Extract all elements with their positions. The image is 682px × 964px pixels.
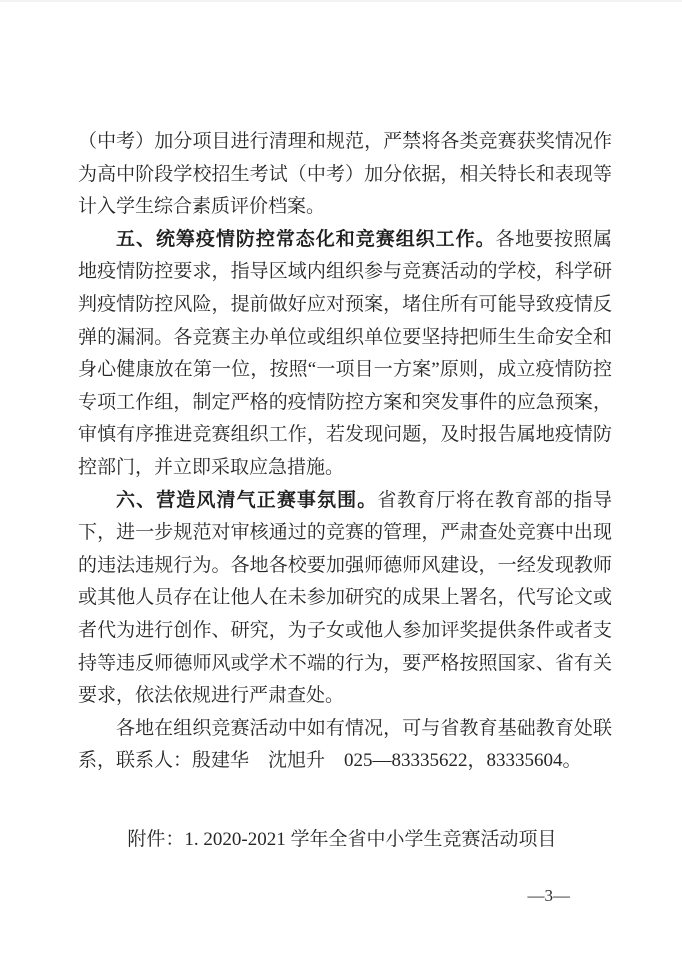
paragraph-continuation: （中考）加分项目进行清理和规范，严禁将各类竞赛获奖情况作为高中阶段学校招生考试（…	[78, 126, 612, 224]
section-6-heading: 六、营造风清气正赛事氛围。	[116, 490, 377, 511]
section-6-paragraph: 六、营造风清气正赛事氛围。省教育厅将在教育部的指导下，进一步规范对审核通过的竞赛…	[78, 485, 612, 713]
section-6-text: 省教育厅将在教育部的指导下，进一步规范对审核通过的竞赛的管理，严肃查处竞赛中出现…	[78, 490, 612, 707]
section-5-paragraph: 五、统筹疫情防控常态化和竞赛组织工作。各地要按照属地疫情防控要求，指导区域内组织…	[78, 224, 612, 485]
document-body: （中考）加分项目进行清理和规范，严禁将各类竞赛获奖情况作为高中阶段学校招生考试（…	[78, 126, 612, 856]
section-5-heading: 五、统筹疫情防控常态化和竞赛组织工作。	[116, 229, 496, 250]
document-page: （中考）加分项目进行清理和规范，严禁将各类竞赛获奖情况作为高中阶段学校招生考试（…	[0, 0, 682, 964]
attachment-line: 附件：1. 2020-2021 学年全省中小学生竞赛活动项目	[78, 824, 612, 857]
page-number: —3—	[528, 886, 571, 906]
contact-paragraph: 各地在组织竞赛活动中如有情况，可与省教育基础教育处联系，联系人：殷建华 沈旭升 …	[78, 713, 612, 778]
section-5-text: 各地要按照属地疫情防控要求，指导区域内组织参与竞赛活动的学校，科学研判疫情防控风…	[78, 229, 612, 478]
